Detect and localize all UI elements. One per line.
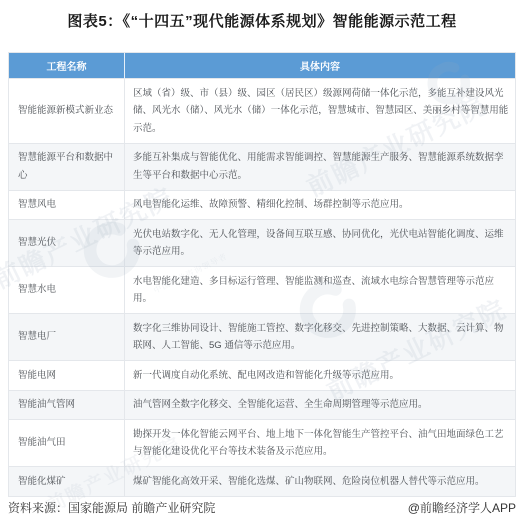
project-name-cell: 智慧风电: [9, 191, 125, 221]
projects-table: 工程名称 具体内容 智能能源新模式新业态 区域（省）级、市（县）级、园区（居民区…: [8, 52, 516, 497]
project-name-cell: 智能油气田: [9, 420, 125, 467]
project-content-cell: 新一代调度自动化系统、配电网改造和智能化升级等示范应用。: [125, 361, 515, 391]
table-row: 智能化煤矿 煤矿智能化高效开采、智能化选煤、矿山物联网、危险岗位机器人替代等示范…: [9, 467, 515, 496]
project-name-cell: 智慧电厂: [9, 314, 125, 361]
project-content-cell: 水电智能化建造、多目标运行管理、智能监测和巡查、流域水电综合智慧管理等示范应用。: [125, 267, 515, 314]
table-row: 智能电网 新一代调度自动化系统、配电网改造和智能化升级等示范应用。: [9, 361, 515, 391]
column-header-content: 具体内容: [125, 53, 515, 79]
table-row: 智能能源新模式新业态 区域（省）级、市（县）级、园区（居民区）级源网荷储一体化示…: [9, 79, 515, 144]
table-row: 智慧水电 水电智能化建造、多目标运行管理、智能监测和巡查、流域水电综合智慧管理等…: [9, 267, 515, 314]
project-name-cell: 智能电网: [9, 361, 125, 391]
table-row: 智能油气管网 油气管网全数字化移交、全智能化运营、全生命周期管理等示范应用。: [9, 391, 515, 421]
project-content-cell: 煤矿智能化高效开采、智能化选煤、矿山物联网、危险岗位机器人替代等示范应用。: [125, 467, 515, 496]
attribution-note: @前瞻经济学人APP: [408, 499, 516, 516]
source-note: 资料来源：国家能源局 前瞻产业研究院: [8, 499, 215, 516]
column-header-project-name: 工程名称: [9, 53, 125, 79]
project-name-cell: 智能能源新模式新业态: [9, 79, 125, 144]
project-name-cell: 智慧能源平台和数据中心: [9, 144, 125, 191]
project-content-cell: 光伏电站数字化、无人化管理，设备间互联互感、协同优化，光伏电站智能化调度、运维等…: [125, 220, 515, 267]
project-name-cell: 智慧水电: [9, 267, 125, 314]
project-name-cell: 智慧光伏: [9, 220, 125, 267]
table-row: 智慧能源平台和数据中心 多能互补集成与智能优化、用能需求智能调控、智慧能源生产服…: [9, 144, 515, 191]
figure-title: 图表5：《“十四五”现代能源体系规划》智能能源示范工程: [0, 0, 524, 31]
table-row: 智慧风电 风电智能化运维、故障预警、精细化控制、场群控制等示范应用。: [9, 191, 515, 221]
project-name-cell: 智能化煤矿: [9, 467, 125, 496]
project-content-cell: 数字化三维协同设计、智能施工管控、数字化移交、先进控制策略、大数据、云计算、物联…: [125, 314, 515, 361]
project-content-cell: 区域（省）级、市（县）级、园区（居民区）级源网荷储一体化示范，多能互补建设风光储…: [125, 79, 515, 144]
table-row: 智能油气田 勘探开发一体化智能云网平台、地上地下一体化智能生产管控平台、油气田地…: [9, 420, 515, 467]
project-content-cell: 风电智能化运维、故障预警、精细化控制、场群控制等示范应用。: [125, 191, 515, 221]
project-content-cell: 勘探开发一体化智能云网平台、地上地下一体化智能生产管控平台、油气田地面绿色工艺与…: [125, 420, 515, 467]
project-content-cell: 多能互补集成与智能优化、用能需求智能调控、智慧能源生产服务、智慧能源系统数据孪生…: [125, 144, 515, 191]
figure-page: 图表5：《“十四五”现代能源体系规划》智能能源示范工程 前瞻产业研究院 前瞻产业…: [0, 0, 524, 523]
project-name-cell: 智能油气管网: [9, 391, 125, 421]
footer: 资料来源：国家能源局 前瞻产业研究院 @前瞻经济学人APP: [8, 499, 516, 516]
table-row: 智慧电厂 数字化三维协同设计、智能施工管控、数字化移交、先进控制策略、大数据、云…: [9, 314, 515, 361]
header-row: 工程名称 具体内容: [9, 53, 515, 79]
table-row: 智慧光伏 光伏电站数字化、无人化管理，设备间互联互感、协同优化，光伏电站智能化调…: [9, 220, 515, 267]
project-content-cell: 油气管网全数字化移交、全智能化运营、全生命周期管理等示范应用。: [125, 391, 515, 421]
